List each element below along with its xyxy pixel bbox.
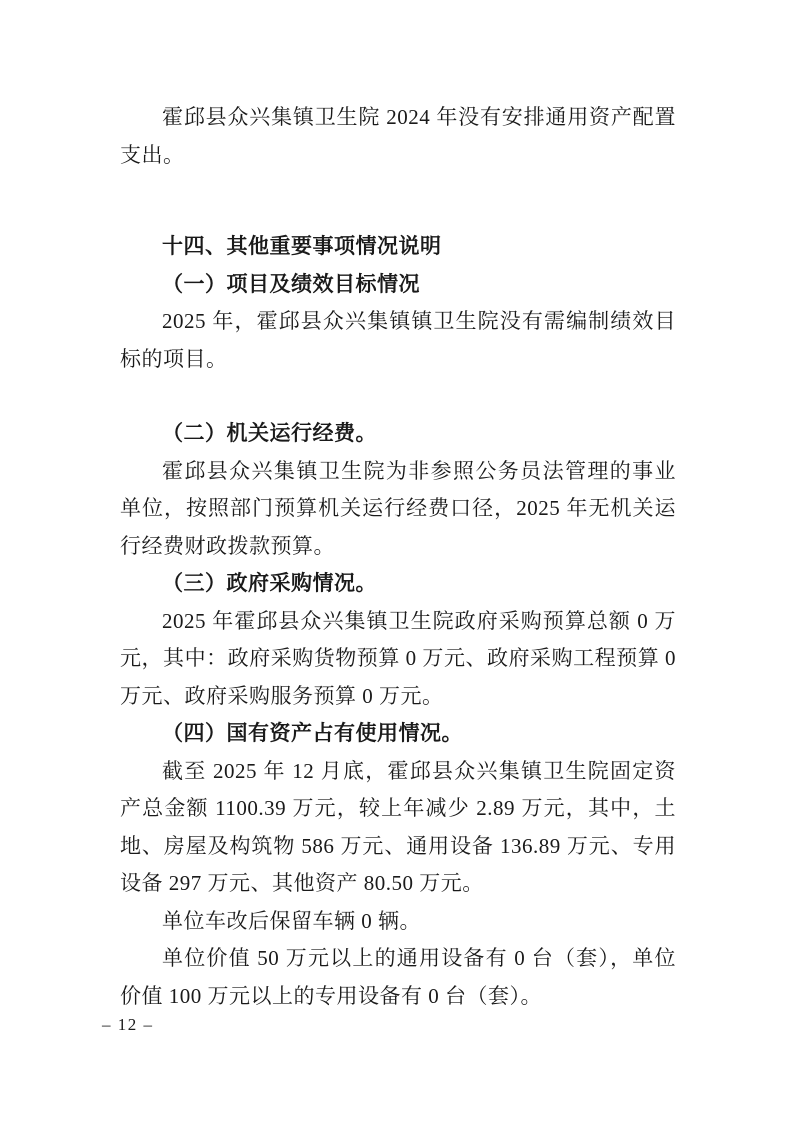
paragraph-operating-funds: 霍邱县众兴集镇卫生院为非参照公务员法管理的事业单位，按照部门预算机关运行经费口径…: [120, 453, 676, 566]
document-page: 霍邱县众兴集镇卫生院 2024 年没有安排通用资产配置支出。 十四、其他重要事项…: [0, 0, 793, 1122]
subsection-heading-3: （三）政府采购情况。: [120, 565, 676, 603]
paragraph-equipment-count: 单位价值 50 万元以上的通用设备有 0 台（套），单位价值 100 万元以上的…: [120, 940, 676, 1015]
section-heading-14: 十四、其他重要事项情况说明: [120, 228, 676, 266]
subsection-heading-2: （二）机关运行经费。: [120, 415, 676, 453]
paragraph-procurement: 2025 年霍邱县众兴集镇卫生院政府采购预算总额 0 万元，其中：政府采购货物预…: [120, 603, 676, 716]
paragraph-vehicles: 单位车改后保留车辆 0 辆。: [120, 903, 676, 941]
paragraph-state-assets: 截至 2025 年 12 月底，霍邱县众兴集镇卫生院固定资产总金额 1100.3…: [120, 753, 676, 903]
subsection-heading-4: （四）国有资产占有使用情况。: [120, 715, 676, 753]
subsection-heading-1: （一）项目及绩效目标情况: [120, 266, 676, 304]
page-number: – 12 –: [102, 1014, 154, 1036]
blank-line: [120, 174, 676, 228]
paragraph-asset-config-2024: 霍邱县众兴集镇卫生院 2024 年没有安排通用资产配置支出。: [120, 99, 676, 174]
blank-line: [120, 378, 676, 415]
document-body: 霍邱县众兴集镇卫生院 2024 年没有安排通用资产配置支出。 十四、其他重要事项…: [120, 99, 676, 1015]
paragraph-performance-targets: 2025 年，霍邱县众兴集镇镇卫生院没有需编制绩效目标的项目。: [120, 303, 676, 378]
